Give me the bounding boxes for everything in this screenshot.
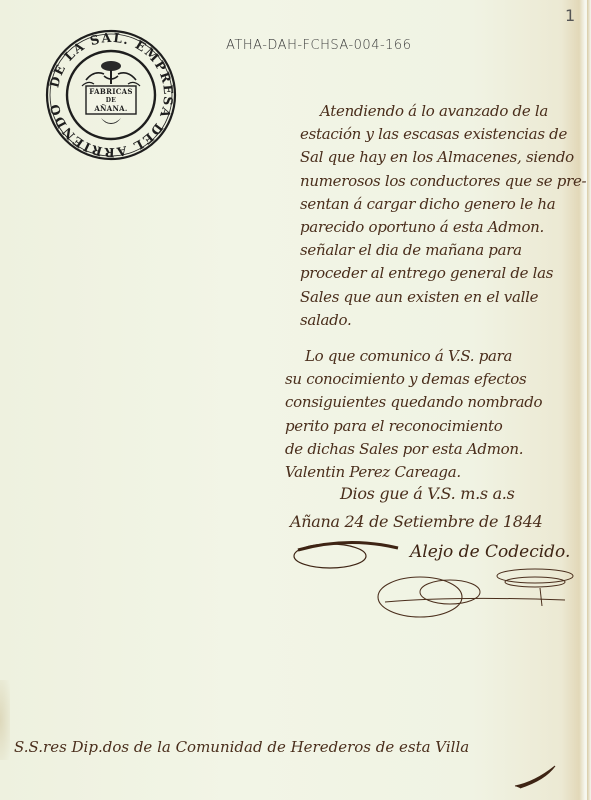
letter-closing: Dios gue á V.S. m.s a.s Añana 24 de Seti… — [290, 480, 590, 536]
text-line: señalar el dia de mañana para — [300, 239, 585, 262]
text-line: estación y las escasas existencias de — [300, 123, 585, 146]
letter-addressee: S.S.res Dip.dos de la Comunidad de Hered… — [14, 738, 584, 756]
text-line: perito para el reconocimiento — [285, 415, 585, 438]
text-line: consiguientes quedando nombrado — [285, 391, 585, 414]
text-line: parecido oportuno á esta Admon. — [300, 216, 585, 239]
letter-paragraph-2: Lo que comunico á V.S. para su conocimie… — [285, 345, 585, 484]
text-line: Sales que aun existen en el valle — [300, 286, 585, 309]
text-line: Sal que hay en los Almacenes, siendo — [300, 146, 585, 169]
document-page: 1 ATHA-DAH-FCHSA-004-166 DE LA SAL. EMPR… — [0, 0, 591, 800]
signature-name: Alejo de Codecido. — [410, 542, 570, 562]
archive-reference-code: ATHA-DAH-FCHSA-004-166 — [226, 38, 411, 53]
text-line: sentan á cargar dicho genero le ha — [300, 193, 585, 216]
seal-stamp: DE LA SAL. EMPRESA DEL ARRIENDO FABRICAS… — [44, 28, 178, 162]
letter-paragraph-1: Atendiendo á lo avanzado de la estación … — [300, 100, 585, 332]
text-line: Atendiendo á lo avanzado de la — [300, 100, 585, 123]
signature-block: Alejo de Codecido. — [290, 530, 590, 620]
text-line: salado. — [300, 309, 585, 332]
text-line: Lo que comunico á V.S. para — [285, 345, 585, 368]
page-number: 1 — [565, 6, 575, 25]
paper-stain — [0, 680, 10, 760]
text-line: su conocimiento y demas efectos — [285, 368, 585, 391]
seal-inner-line-1: FABRICAS — [86, 88, 136, 97]
text-line: numerosos los conductores que se pre- — [300, 170, 585, 193]
seal-inner-text: FABRICAS DE AÑANA. — [86, 88, 136, 114]
paper-edge — [587, 0, 591, 800]
closing-line: Dios gue á V.S. m.s a.s — [290, 480, 590, 508]
text-line: proceder al entrego general de las — [300, 262, 585, 285]
seal-inner-line-3: AÑANA. — [86, 105, 136, 114]
addressee-flourish-icon — [510, 762, 570, 792]
text-line: de dichas Sales por esta Admon. — [285, 438, 585, 461]
